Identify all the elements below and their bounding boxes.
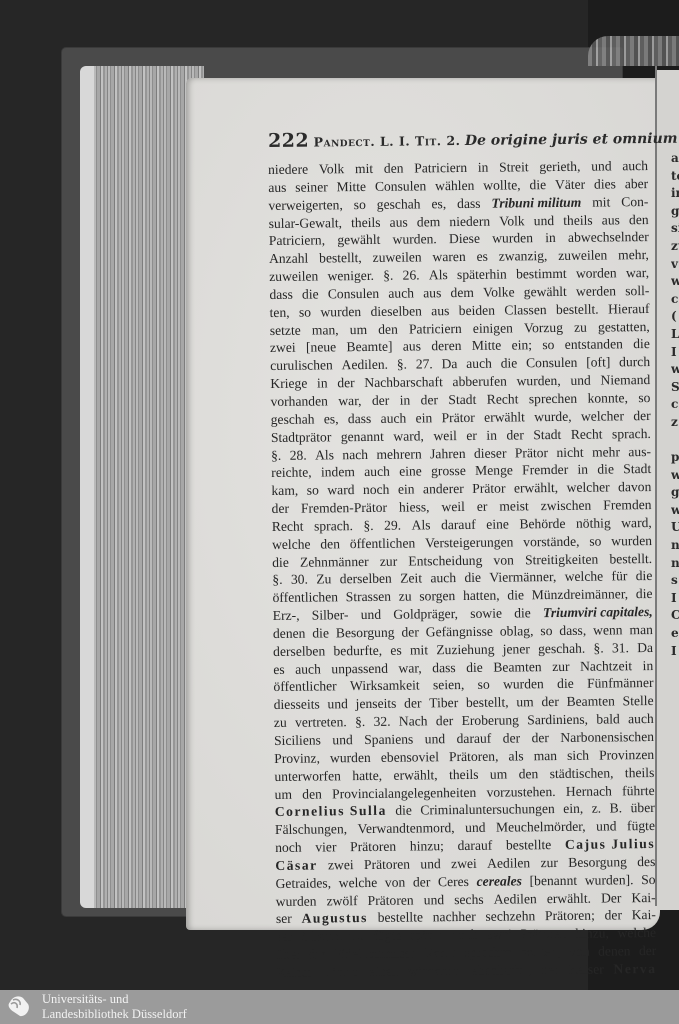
text-span: Gefängnisse [426, 623, 493, 642]
text-span: der [541, 961, 559, 979]
text-span: genannt [341, 427, 384, 445]
text-span: davon [618, 478, 651, 496]
text-span: Recht [272, 518, 304, 536]
text-span: Meuchelmörder, [496, 818, 586, 837]
facing-page: alteingsizuvwc(LIwSczpwgwUnnsICeI [657, 70, 679, 910]
text-span: Vorzug [524, 319, 563, 337]
text-span: diesseits [274, 696, 320, 714]
institution-name[interactable]: Universitäts- und Landesbibliothek Düsse… [42, 992, 187, 1021]
text-span: zwei [486, 926, 512, 944]
text-span: Als [315, 446, 334, 464]
text-span: Goldpräger, [393, 605, 458, 624]
text-span: um [490, 765, 508, 783]
text-span: Beamten [566, 693, 615, 711]
text-span: der [506, 426, 524, 444]
text-span: 30. [291, 571, 308, 589]
text-span: wurden [611, 532, 652, 550]
text-span: Sardiniens, [527, 711, 588, 729]
text-span: Patriciern, [269, 232, 325, 250]
text-span: Stadtprätor [271, 428, 332, 446]
text-span: unpassend [331, 659, 388, 677]
facing-page-fragment: g [671, 203, 679, 221]
text-span: Behörde [519, 515, 565, 533]
text-span: weil [441, 498, 465, 516]
text-span: [neue [306, 339, 336, 357]
text-span: niedere [268, 161, 308, 179]
text-span: denen [598, 942, 631, 960]
text-span: abberufen [452, 373, 507, 391]
text-span: ward, [393, 427, 424, 445]
text-span: erwählt. [547, 889, 591, 907]
text-span: die [557, 675, 574, 693]
text-span: nöthig [576, 514, 611, 532]
text-span: ein [416, 409, 433, 427]
text-span: des [637, 853, 655, 871]
text-span: städtischen, [550, 764, 614, 783]
text-span: auch [466, 355, 492, 373]
text-span: die [272, 553, 289, 571]
text-span: anderer [423, 480, 464, 498]
text-span: sich [567, 747, 589, 765]
text-span: dieser [474, 444, 507, 462]
text-span: und [424, 891, 445, 909]
text-span: bestellt, [466, 694, 509, 712]
text-span: Stelle [623, 692, 654, 710]
text-span: auch [388, 284, 414, 302]
facing-page-fragment: s [671, 572, 679, 590]
facing-page-fragment: si [671, 220, 679, 238]
text-span: erwählt, [514, 479, 558, 497]
text-span: mehr, [618, 246, 649, 264]
text-span: Nach [399, 713, 428, 731]
text-span: Zu [316, 571, 331, 589]
text-span: jenseits [356, 695, 397, 713]
text-span: die [395, 802, 412, 820]
text-span: Verwandtenmord, [358, 819, 455, 838]
text-span: [benannt [529, 872, 577, 890]
text-span: Consulen [526, 354, 578, 372]
text-span: Zeit [400, 570, 422, 588]
text-span: über [276, 946, 300, 964]
text-span: entstanden [565, 336, 623, 354]
text-span: den [519, 765, 539, 783]
text-span: ward [327, 481, 354, 499]
text-span: Besorgung [336, 624, 395, 642]
text-span: Provinz, [274, 749, 320, 767]
text-span: sollten, [521, 943, 561, 961]
text-span: Classen [504, 301, 546, 319]
text-span: auch [622, 157, 648, 175]
text-span: der [531, 729, 549, 747]
text-span: Patriciern [414, 159, 467, 177]
text-span: und [332, 731, 353, 749]
facing-page-fragment: al [671, 150, 679, 168]
text-span: ward, [621, 514, 652, 532]
text-span: fügte [373, 927, 401, 945]
text-span: Fälschungen, [275, 820, 347, 839]
text-span: nicht [556, 443, 583, 461]
text-span: Siciliens [274, 731, 321, 749]
text-span: die [464, 569, 481, 587]
text-span: man [534, 747, 558, 765]
text-span: die [636, 585, 653, 603]
text-span: auch [628, 710, 654, 728]
text-span: §. [272, 571, 282, 589]
text-span: denen [273, 625, 306, 643]
text-span: Kaiser [568, 960, 604, 978]
text-span: weniger. [327, 267, 374, 285]
text-span: dies [594, 175, 616, 193]
text-span: §. [271, 446, 281, 464]
text-span: die [514, 604, 531, 622]
text-span: Versteigerungen [425, 533, 514, 552]
text-span: der [372, 392, 390, 410]
text-span: Consulen [375, 177, 427, 195]
text-span: wurden]. [585, 871, 634, 889]
text-span: zuweilen [558, 247, 607, 265]
text-span: Mitte [472, 337, 502, 355]
text-span: sprach. [612, 425, 651, 443]
text-span: öffentlicher [273, 678, 336, 697]
page-body-text: niedereVolkmitdenPatricierninStreitgerie… [268, 157, 657, 982]
text-span: wiederum [408, 962, 463, 980]
text-span: der [639, 942, 657, 960]
text-span: zur [540, 854, 558, 872]
text-span: Prätoren [350, 838, 396, 856]
text-span: der [413, 873, 431, 891]
text-span: ein; [512, 337, 533, 355]
text-span: hiess, [399, 498, 430, 516]
facing-page-fragment: I [671, 590, 679, 608]
text-span: [oft] [586, 354, 610, 372]
text-span: Fremder [522, 461, 568, 479]
text-span: aus [268, 179, 286, 197]
page-number: 222 [268, 130, 309, 152]
text-span: in [317, 375, 328, 393]
text-span: in [400, 391, 411, 409]
text-span: Recht [424, 944, 456, 962]
facing-page-fragment: n [671, 555, 679, 573]
text-span: Prätoren [520, 925, 566, 943]
text-span: sowie [470, 605, 502, 623]
text-span: Ceres [438, 873, 469, 891]
text-span: Stadt [623, 460, 651, 478]
text-span: der [436, 712, 454, 730]
text-span: zwei [451, 855, 477, 873]
text-span: dem [417, 213, 441, 231]
text-span: aus [431, 302, 449, 320]
text-span: Streitigkeiten [525, 550, 598, 569]
text-span: zuweilen [373, 249, 422, 267]
text-span: Niemand [600, 371, 650, 389]
text-span: mehrern [376, 445, 421, 463]
text-span: §. [355, 713, 365, 731]
text-span: fügte [627, 817, 655, 835]
text-span: ser [276, 910, 292, 928]
text-span: darauf [457, 837, 492, 855]
text-span: Der [601, 889, 622, 907]
text-span: durch [619, 353, 650, 371]
text-span: Triumviri capitales, [543, 603, 653, 622]
text-span: der [337, 374, 355, 392]
text-span: welche [565, 568, 604, 586]
text-span: oblag, [500, 622, 534, 640]
text-span: Aedilen [494, 890, 537, 908]
text-span: führte [622, 782, 655, 800]
text-span: so [638, 389, 650, 407]
text-span: aber [625, 175, 649, 193]
text-span: Patriciern [409, 320, 462, 338]
text-span: mehr [592, 443, 620, 461]
text-span: so [299, 303, 311, 321]
text-span: in [643, 657, 654, 675]
text-span: wurden [320, 303, 361, 321]
text-span: es [273, 660, 285, 678]
text-span: hinzu, [575, 925, 609, 943]
text-span: auch [430, 569, 456, 587]
text-span: theils [563, 211, 593, 229]
text-span: Beamte] [346, 338, 392, 356]
text-span: bestellt. [609, 550, 652, 568]
text-span: und [425, 730, 446, 748]
text-span: aus [403, 338, 421, 356]
text-span: den [384, 160, 404, 178]
text-span: Als [412, 516, 431, 534]
text-span: Cornelius Sulla [275, 802, 387, 821]
facing-page-fragment: zu [671, 238, 679, 256]
text-span: bestellte [378, 909, 423, 927]
text-span: der [605, 907, 623, 925]
text-span: ser [276, 928, 292, 946]
facing-page-fragment: I [671, 643, 679, 661]
text-span: späterhin [457, 266, 507, 284]
text-span: 32. [373, 713, 390, 731]
text-span: §. [363, 517, 373, 535]
facing-page-text: alteingsizuvwc(LIwSczpwgwUnnsICeI [671, 150, 679, 660]
running-head: 222 Pandect. L. I. Tit. 2. De origine ju… [268, 126, 648, 152]
text-span: So [641, 871, 656, 889]
text-span: aus- [628, 443, 651, 461]
text-span: Prätor [472, 480, 505, 498]
text-span: kam, [271, 482, 298, 500]
text-span: vertreten. [295, 713, 347, 731]
text-span: und [591, 157, 612, 175]
text-span: zwölf [327, 892, 358, 910]
text-span: so [542, 336, 554, 354]
text-span: von [569, 943, 590, 961]
text-span: Zuziehung [436, 640, 494, 658]
text-span: den [320, 535, 340, 553]
text-span: man, [312, 321, 339, 339]
text-span: cereales [477, 872, 522, 890]
text-span: wurden [330, 749, 371, 767]
text-span: Cajus Julius [565, 835, 655, 854]
text-span: einigen [473, 319, 513, 337]
text-span: Da [637, 639, 653, 657]
text-span: sechzehn [485, 908, 535, 926]
facing-page-fragment: in [671, 185, 679, 203]
text-span: Volk [499, 212, 525, 230]
text-span: wählen [435, 177, 474, 195]
text-span: niedern [449, 212, 490, 230]
text-span: vorstände, [523, 532, 579, 550]
text-span: setzte [270, 321, 301, 339]
text-span: sprechen [465, 944, 513, 962]
text-span: welche [272, 535, 311, 553]
text-span: es [476, 248, 488, 266]
text-span: Stadt [448, 391, 476, 409]
text-span: dieselben [370, 302, 422, 320]
text-span: war, [398, 659, 421, 677]
text-span: wurden [503, 676, 544, 694]
institution-line-1: Universitäts- und [42, 992, 187, 1007]
text-span: gewählt [337, 231, 380, 249]
text-span: indem [321, 463, 355, 481]
text-span: Prätor [441, 409, 474, 427]
text-span: hatten, [463, 587, 500, 605]
text-span: nach [342, 445, 368, 463]
text-span: abschaffte, [472, 961, 531, 979]
text-span: welcher [567, 479, 610, 497]
facing-page-fragment: e [671, 625, 679, 643]
text-span: Tiber [429, 694, 458, 712]
text-span: bestellt, [319, 249, 362, 267]
section-reference: Pandect. L. I. Tit. 2. [314, 133, 461, 150]
text-span: ein, [563, 800, 583, 818]
text-span: den [302, 785, 322, 803]
text-span: noch [363, 481, 390, 499]
text-span: Erz-, [273, 607, 300, 625]
text-span: und [596, 818, 617, 836]
text-span: es [390, 641, 402, 659]
text-span: Provinzen [599, 746, 654, 764]
text-span: vier [315, 838, 336, 856]
text-span: sprach. [314, 517, 353, 535]
text-span: Aedilen. [342, 356, 389, 374]
text-span: die [529, 176, 546, 194]
text-span: der [421, 391, 439, 409]
text-span: und [327, 696, 348, 714]
text-span: Prätoren [368, 891, 414, 909]
footer-bar: Universitäts- und Landesbibliothek Düsse… [0, 990, 679, 1024]
text-span: der [272, 500, 290, 518]
text-span: die [302, 285, 319, 303]
text-span: die [597, 461, 614, 479]
running-title: De origine juris et omnium etc. [465, 130, 679, 149]
text-span: war, [626, 264, 649, 282]
text-span: er [466, 426, 477, 444]
text-span: theils [449, 766, 479, 784]
text-span: auch [295, 660, 321, 678]
text-span: §. [593, 639, 603, 657]
text-span: in [486, 426, 497, 444]
text-span: Strassen [346, 588, 391, 606]
text-span: man [629, 621, 653, 639]
text-span: die [507, 587, 524, 605]
text-span: Stadt [533, 426, 561, 444]
text-span: §. [383, 267, 393, 285]
text-span: so [354, 196, 366, 214]
text-span: waren [432, 248, 465, 266]
text-span: Diese [449, 230, 480, 248]
text-span: geschah [271, 410, 315, 428]
text-span: Prätoren [364, 855, 410, 873]
text-span: Recht [487, 390, 519, 408]
text-span: dem [450, 284, 474, 302]
text-span: aus [423, 284, 441, 302]
text-span: Jahren [430, 444, 466, 462]
text-span: einen [369, 963, 399, 981]
text-span: mit [355, 160, 373, 178]
text-span: aus [390, 213, 408, 231]
text-span: über [630, 799, 654, 817]
facing-page-fragment: U [671, 519, 679, 537]
text-span: noch [275, 839, 302, 857]
text-span: später [410, 926, 443, 944]
text-span: zur [380, 552, 398, 570]
text-span: dass [457, 194, 481, 212]
text-span: sprechen [529, 390, 577, 408]
text-span: der [633, 407, 651, 425]
text-span: zwei [328, 856, 354, 874]
text-span: den [629, 211, 649, 229]
text-span: als [508, 747, 523, 765]
text-span: Väter [555, 176, 585, 194]
text-span: Münzdreimänner, [532, 586, 629, 605]
text-span: Con- [621, 193, 648, 211]
facing-page-fragment: L [671, 326, 679, 344]
text-span: zwischen [541, 497, 592, 515]
text-span: welcher [581, 407, 624, 425]
text-span: auch [381, 409, 407, 427]
text-span: Tribuni militum [491, 193, 581, 212]
facing-page-fragment: w [671, 361, 679, 379]
text-span: der [401, 623, 419, 641]
text-span: Provincialangelegenheiten [332, 783, 476, 802]
text-span: für [611, 568, 627, 586]
text-span: zu [399, 588, 412, 606]
text-span: Kai- [632, 906, 656, 924]
text-span: Fremden [603, 496, 652, 514]
text-span: Viermänner, [489, 568, 556, 587]
text-span: geschah [377, 195, 421, 213]
text-span: verweigerten, [268, 196, 343, 215]
text-span: Volk [319, 160, 345, 178]
text-span: theils [351, 213, 381, 231]
text-span: Cäsar [275, 856, 317, 874]
text-span: Criminaluntersuchungen [420, 800, 555, 819]
text-span: zu [574, 318, 587, 336]
text-span: wurden [276, 892, 317, 910]
text-span: 26. [403, 266, 420, 284]
text-span: und [534, 212, 555, 230]
institution-line-2: Landesbibliothek Düsseldorf [42, 1007, 187, 1022]
text-span: die [312, 624, 329, 642]
text-span: Consulen [328, 285, 380, 303]
text-span: unterworfen [274, 767, 341, 786]
text-span: geschah. [538, 639, 585, 657]
text-span: mit [592, 193, 610, 211]
text-span: wollte, [483, 176, 521, 194]
ulb-logo-icon[interactable] [4, 993, 32, 1021]
text-span: Menge [475, 462, 513, 480]
text-span: Als [429, 266, 448, 284]
text-span: reichte, [271, 464, 312, 482]
text-span: Nachbarschaft [364, 373, 443, 392]
text-span: Claudius [301, 927, 365, 946]
text-span: Titus [322, 963, 360, 981]
text-span: beiden [459, 301, 495, 319]
